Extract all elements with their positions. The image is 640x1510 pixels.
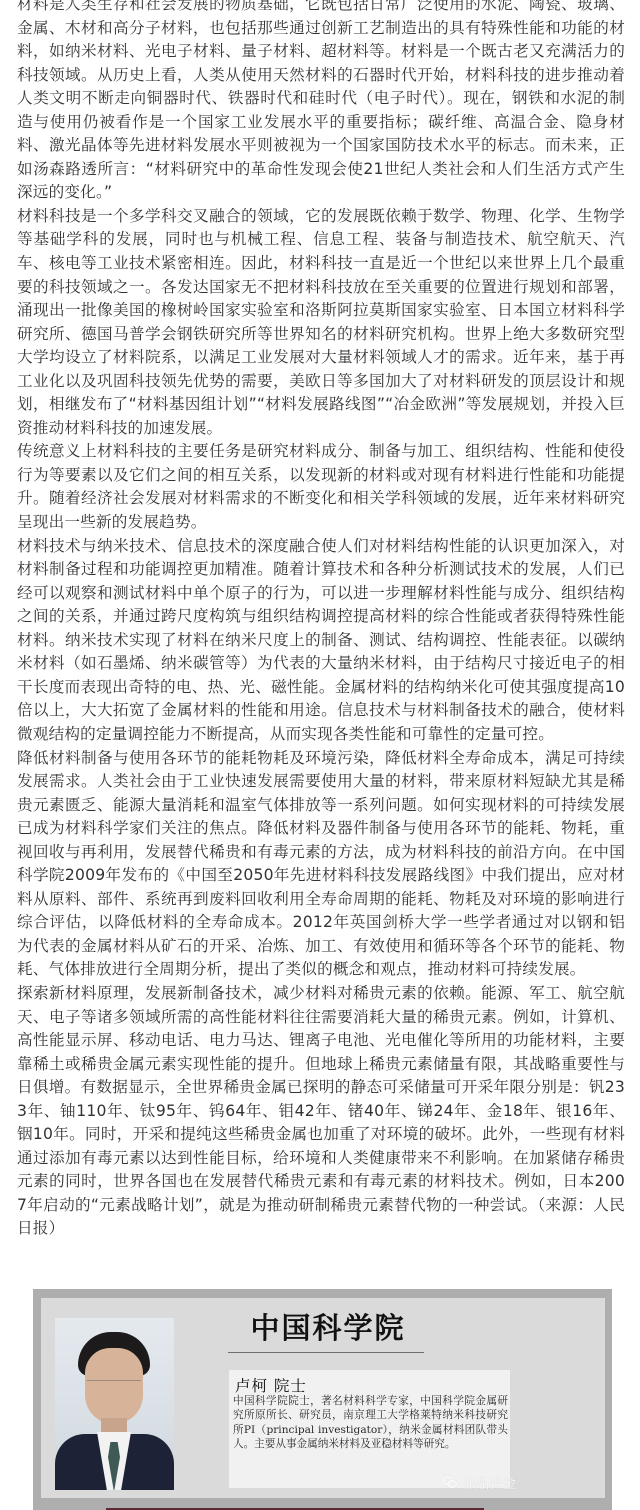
bio-box: 卢柯 院士 中国科学院院士，著名材料科学专家，中国科学院金属研究所原所长、研究员…: [229, 1370, 510, 1488]
title-divider: [228, 1352, 424, 1353]
portrait-glasses: [87, 1380, 141, 1393]
paragraph-nano-info-fusion: 材料技术与纳米技术、信息技术的深度融合使人们对材料结构性能的认识更加深入，对材料…: [17, 535, 625, 747]
organization-title: 中国科学院: [228, 1306, 428, 1347]
person-name: 卢柯 院士: [235, 1374, 307, 1396]
portrait-photo: [55, 1318, 174, 1490]
paragraph-intro: 材料是人类生存和社会发展的物质基础，它既包括日常广泛使用的水泥、陶瓷、玻璃、金属…: [17, 0, 625, 205]
article-body: 材料是人类生存和社会发展的物质基础，它既包括日常广泛使用的水泥、陶瓷、玻璃、金属…: [17, 0, 625, 1241]
paragraph-sustainability: 降低材料制备与使用各环节的能耗物耗及环境污染，降低材料全寿命成本，满足可持续发展…: [17, 747, 625, 982]
watermark: 非晶合金: [442, 1472, 516, 1492]
paragraph-rare-elements: 探索新材料原理，发展新制备技术，减少材料对稀贵元素的依赖。能源、军工、航空航天、…: [17, 982, 625, 1241]
person-bio: 中国科学院院士，著名材料科学专家，中国科学院金属研究所原所长、研究员，南京理工大…: [233, 1394, 508, 1451]
academician-profile-image: 中国科学院 卢柯 院士 中国科学院院士，著名材料科学专家，中国科学院金属研究所原…: [33, 1289, 612, 1510]
profile-panel: 中国科学院 卢柯 院士 中国科学院院士，著名材料科学专家，中国科学院金属研究所原…: [41, 1298, 605, 1498]
wechat-icon: [442, 1476, 458, 1489]
paragraph-traditional-tasks: 传统意义上材料科技的主要任务是研究材料成分、制备与加工、组织结构、性能和使役行为…: [17, 440, 625, 534]
paragraph-interdisciplinary: 材料科技是一个多学科交叉融合的领域，它的发展既依赖于数学、物理、化学、生物学等基…: [17, 205, 625, 440]
watermark-text: 非晶合金: [462, 1472, 516, 1492]
